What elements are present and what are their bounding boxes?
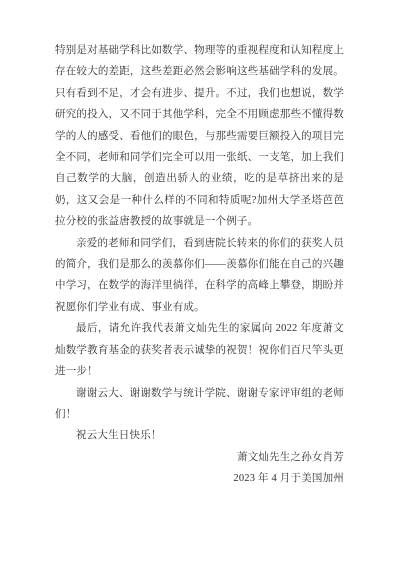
letter-paragraph: 最后，请允许我代表萧文灿先生的家属向 2022 年度萧文灿数学教育基金的获奖者表… — [55, 318, 344, 382]
letter-paragraph-thanks: 谢谢云大、谢谢数学与统计学院、谢谢专家评审组的老师们！ — [55, 383, 344, 426]
letter-paragraph-birthday-wish: 祝云大生日快乐！ — [55, 425, 344, 446]
letter-page: 特别是对基础学科比如数学、物理等的重视程度和认知程度上存在较大的差距，这些差距必… — [0, 0, 397, 564]
letter-paragraph: 亲爱的老师和同学们，看到唐院长转来的你们的获奖人员的简介，我们是那么的羡慕你们—… — [55, 233, 344, 319]
signature-line: 萧文灿先生之孙女肖芳 — [55, 447, 344, 468]
letter-paragraph-continuation: 特别是对基础学科比如数学、物理等的重视程度和认知程度上存在较大的差距，这些差距必… — [55, 40, 344, 233]
letter-text-block: 特别是对基础学科比如数学、物理等的重视程度和认知程度上存在较大的差距，这些差距必… — [55, 40, 344, 490]
date-line: 2023 年 4 月于美国加州 — [55, 468, 344, 489]
